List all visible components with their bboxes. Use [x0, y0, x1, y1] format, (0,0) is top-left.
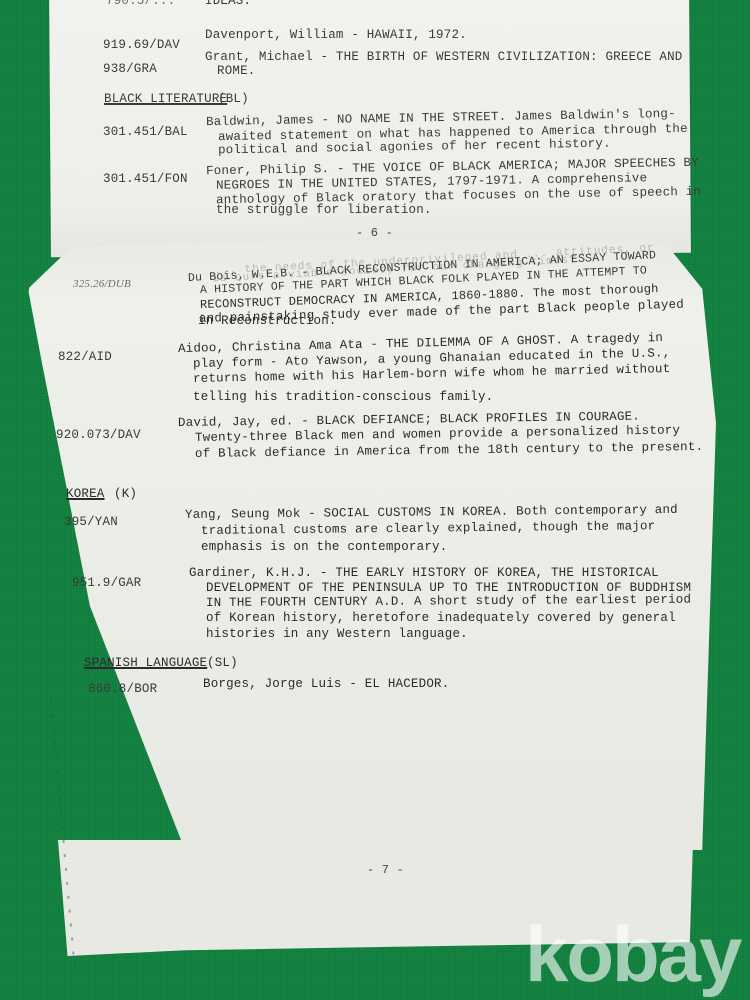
entry-line: Gardiner, K.H.J. - THE EARLY HISTORY OF … [189, 566, 659, 580]
entry-line: histories in any Western language. [206, 627, 468, 641]
page-number: - 6 - [356, 226, 393, 240]
entry-line: of Korean history, heretofore inadequate… [206, 611, 676, 625]
entry-line: ROME. [217, 64, 256, 78]
entry-line: the struggle for liberation. [216, 203, 432, 217]
section-heading-black-literature: BLACK LITERATURE [104, 92, 227, 106]
entry-line: telling his tradition-conscious family. [193, 390, 493, 404]
section-code: (SL) [207, 656, 238, 670]
entry-line: Grant, Michael - THE BIRTH OF WESTERN CI… [205, 50, 682, 64]
call-number: 951.9/GAR [72, 576, 141, 590]
call-number: 938/GRA [103, 62, 157, 76]
section-code: (K) [114, 487, 137, 501]
entry-line: emphasis is on the contemporary. [201, 540, 447, 554]
section-title: BLACK LITERATURE [104, 92, 227, 106]
call-number: 395/YAN [64, 515, 118, 529]
call-number: 790.5/... [106, 0, 175, 8]
call-number: 325.26/DUB [73, 278, 131, 290]
section-code: (BL) [218, 92, 249, 106]
call-number: 920.073/DAV [56, 428, 141, 442]
call-number: 301.451/FON [103, 172, 188, 186]
section-heading-korea: KOREA [66, 487, 105, 501]
section-heading-spanish-language: SPANISH LANGUAGE [84, 656, 207, 670]
call-number: 301.451/BAL [103, 125, 188, 139]
call-number: 860.8/BOR [88, 682, 157, 696]
entry-line: IDEAS. [205, 0, 251, 8]
entry-line: in Reconstruction. [198, 314, 337, 328]
page-number: - 7 - [367, 863, 404, 877]
entry-line: Davenport, William - HAWAII, 1972. [205, 28, 467, 42]
call-number: 919.69/DAV [103, 38, 180, 52]
entry-line: Borges, Jorge Luis - EL HACEDOR. [203, 677, 449, 691]
call-number: 822/AID [58, 350, 112, 364]
watermark-logo: kobay [525, 915, 740, 993]
